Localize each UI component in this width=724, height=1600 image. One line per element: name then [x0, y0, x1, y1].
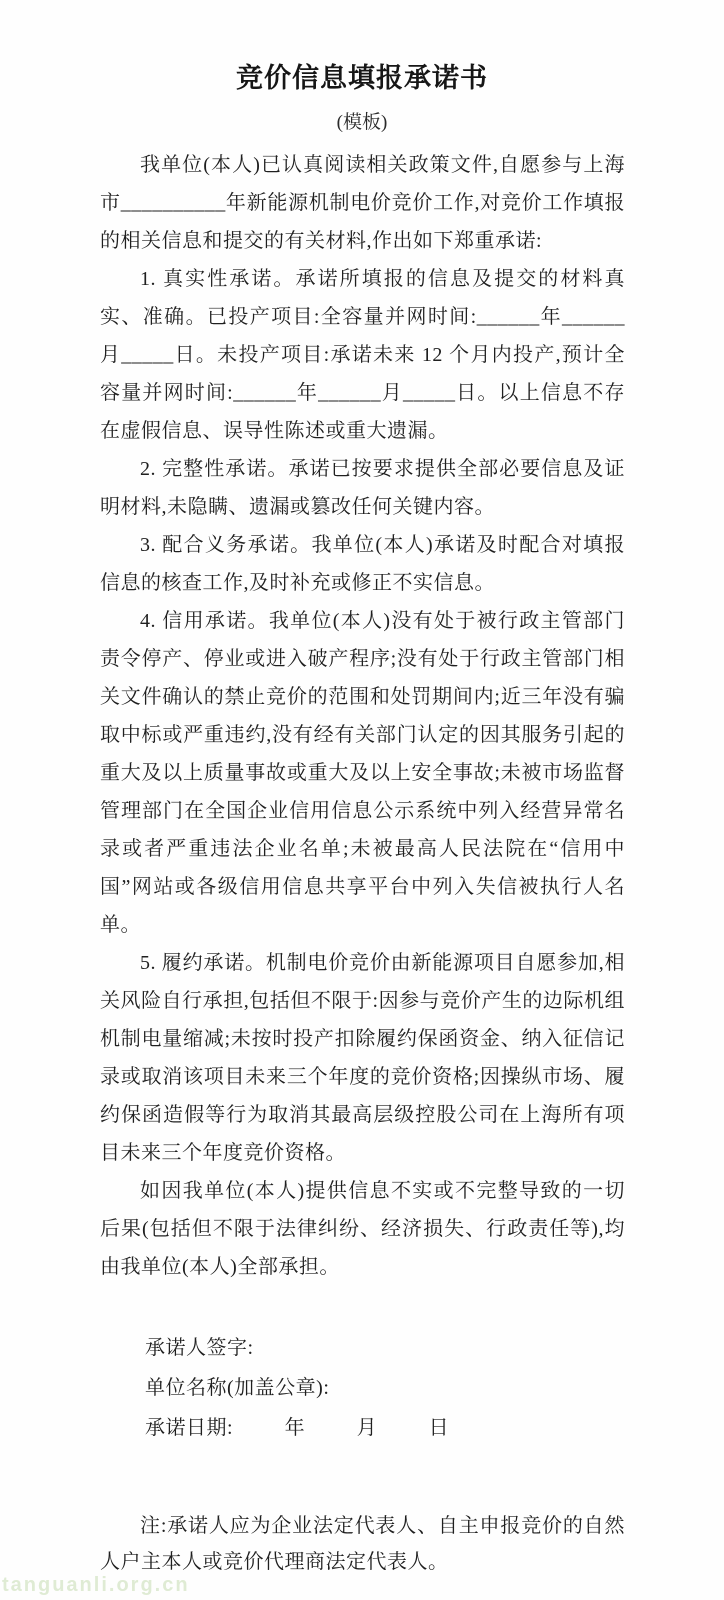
paragraph-intro: 我单位(本人)已认真阅读相关政策文件,自愿参与上海市__________年新能源… — [100, 146, 625, 260]
footnote-text: 注:承诺人应为企业法定代表人、自主申报竞价的自然人户主本人或竞价代理商法定代表人… — [100, 1508, 625, 1580]
document-body: 我单位(本人)已认真阅读相关政策文件,自愿参与上海市__________年新能源… — [100, 146, 625, 1580]
date-month-label: 月 — [357, 1408, 378, 1448]
page-title: 竞价信息填报承诺书 — [0, 0, 724, 98]
document-page: 竞价信息填报承诺书 (模板) 我单位(本人)已认真阅读相关政策文件,自愿参与上海… — [0, 0, 724, 1600]
unit-name-label: 单位名称(加盖公章): — [145, 1368, 625, 1408]
paragraph-liability: 如因我单位(本人)提供信息不实或不完整导致的一切后果(包括但不限于法律纠纷、经济… — [100, 1172, 625, 1286]
template-subtitle: (模板) — [0, 110, 724, 136]
commitment-date-label: 承诺日期: — [145, 1417, 233, 1439]
signer-signature-label: 承诺人签字: — [145, 1328, 625, 1368]
signature-block: 承诺人签字: 单位名称(加盖公章): 承诺日期: 年 月 日 — [145, 1328, 625, 1448]
footnote-block: 注:承诺人应为企业法定代表人、自主申报竞价的自然人户主本人或竞价代理商法定代表人… — [100, 1508, 625, 1580]
paragraph-item-2-completeness: 2. 完整性承诺。承诺已按要求提供全部必要信息及证明材料,未隐瞒、遗漏或篡改任何… — [100, 450, 625, 526]
paragraph-item-3-cooperation: 3. 配合义务承诺。我单位(本人)承诺及时配合对填报信息的核查工作,及时补充或修… — [100, 526, 625, 602]
watermark: tanguanli.org.cn — [2, 1574, 190, 1597]
date-year-label: 年 — [285, 1408, 306, 1448]
paragraph-item-4-credit: 4. 信用承诺。我单位(本人)没有处于被行政主管部门责令停产、停业或进入破产程序… — [100, 602, 625, 944]
date-day-label: 日 — [429, 1408, 450, 1448]
paragraph-item-5-performance: 5. 履约承诺。机制电价竞价由新能源项目自愿参加,相关风险自行承担,包括但不限于… — [100, 944, 625, 1172]
commitment-date-row: 承诺日期: 年 月 日 — [145, 1408, 625, 1448]
paragraph-item-1-authenticity: 1. 真实性承诺。承诺所填报的信息及提交的材料真实、准确。已投产项目:全容量并网… — [100, 260, 625, 450]
